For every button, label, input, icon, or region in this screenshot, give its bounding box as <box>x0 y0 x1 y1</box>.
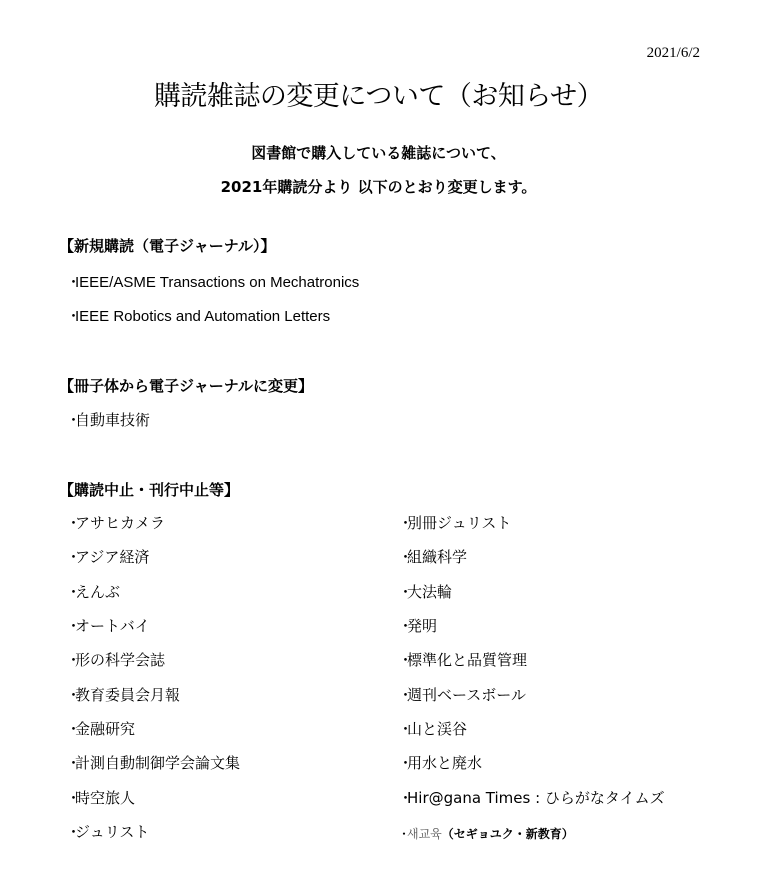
section-header-discontinued: 【購読中止・刊行中止等】 <box>59 480 239 500</box>
bullet: ・ <box>398 719 407 739</box>
list-item: ・別冊ジュリスト <box>398 513 511 533</box>
bullet: ・ <box>66 719 75 739</box>
list-item: ・用水と廃水 <box>398 753 482 773</box>
bullet: ・ <box>398 616 407 636</box>
bullet: ・ <box>398 788 407 808</box>
item-label: IEEE/ASME Transactions on Mechatronics <box>75 274 359 291</box>
bullet: ・ <box>398 753 407 773</box>
list-item: ・形の科学会誌 <box>66 650 165 670</box>
item-label: 計測自動制御学会論文集 <box>75 754 240 772</box>
item-label: オートバイ <box>75 617 150 635</box>
bullet: ・ <box>66 753 75 773</box>
list-item: ・計測自動制御学会論文集 <box>66 753 240 773</box>
item-label: 形の科学会誌 <box>75 651 165 669</box>
intro-line-2: 2021年購読分より 以下のとおり変更します。 <box>0 177 757 197</box>
list-item: ・発明 <box>398 616 437 636</box>
list-item: ・アサヒカメラ <box>66 513 165 533</box>
list-item: ・새교육（セギョユク・新教育） <box>398 824 574 844</box>
list-item: ・IEEE Robotics and Automation Letters <box>66 307 330 327</box>
bullet: ・ <box>66 616 75 636</box>
item-label: ジュリスト <box>75 823 149 841</box>
bullet: ・ <box>66 685 75 705</box>
page-title: 購読雑誌の変更について（お知らせ） <box>0 79 757 115</box>
bullet: ・ <box>66 513 75 533</box>
bullet: ・ <box>398 685 407 705</box>
item-label: アサヒカメラ <box>75 514 165 532</box>
item-label: 時空旅人 <box>75 789 135 807</box>
list-item: ・金融研究 <box>66 719 135 739</box>
list-item: ・IEEE/ASME Transactions on Mechatronics <box>66 273 359 293</box>
item-label: 標準化と品質管理 <box>407 651 527 669</box>
item-label: 教育委員会月報 <box>75 686 180 704</box>
bullet: ・ <box>66 547 75 567</box>
list-item: ・大法輪 <box>398 582 452 602</box>
item-label: 用水と廃水 <box>407 754 482 772</box>
section-header-new-subscriptions: 【新規購読（電子ジャーナル）】 <box>59 236 275 256</box>
bullet: ・ <box>66 410 75 430</box>
list-item: ・Hir@gana Times : ひらがなタイムズ <box>398 788 665 808</box>
list-item: ・標準化と品質管理 <box>398 650 527 670</box>
item-label: 山と渓谷 <box>407 720 467 738</box>
item-label: IEEE Robotics and Automation Letters <box>75 308 330 325</box>
list-item: ・えんぶ <box>66 582 120 602</box>
item-label: アジア経済 <box>75 548 149 566</box>
item-label-korean: 새교육 <box>407 827 442 841</box>
bullet: ・ <box>398 547 407 567</box>
list-item: ・週刊ベースボール <box>398 685 526 705</box>
item-label: 大法輪 <box>407 583 452 601</box>
intro-line-1: 図書館で購入している雑誌について、 <box>0 143 757 163</box>
bullet: ・ <box>398 824 407 844</box>
item-label: 自動車技術 <box>75 411 150 429</box>
item-label: 発明 <box>407 617 437 635</box>
bullet: ・ <box>66 307 75 327</box>
item-label: 組織科学 <box>407 548 467 566</box>
bullet: ・ <box>66 822 75 842</box>
item-label-reading: （セギョユク・新教育） <box>442 827 574 841</box>
item-label: Hir@gana Times : ひらがなタイムズ <box>407 789 665 807</box>
bullet: ・ <box>66 582 75 602</box>
bullet: ・ <box>398 513 407 533</box>
bullet: ・ <box>66 273 75 293</box>
list-item: ・オートバイ <box>66 616 150 636</box>
list-item: ・山と渓谷 <box>398 719 467 739</box>
list-item: ・ジュリスト <box>66 822 149 842</box>
list-item: ・時空旅人 <box>66 788 135 808</box>
bullet: ・ <box>398 650 407 670</box>
section-header-print-to-electronic: 【冊子体から電子ジャーナルに変更】 <box>59 376 313 396</box>
list-item: ・アジア経済 <box>66 547 149 567</box>
list-item: ・教育委員会月報 <box>66 685 180 705</box>
list-item: ・自動車技術 <box>66 410 150 430</box>
list-item: ・組織科学 <box>398 547 467 567</box>
bullet: ・ <box>398 582 407 602</box>
item-label: 金融研究 <box>75 720 135 738</box>
bullet: ・ <box>66 650 75 670</box>
item-label: 週刊ベースボール <box>407 686 526 704</box>
bullet: ・ <box>66 788 75 808</box>
date: 2021/6/2 <box>647 44 700 62</box>
item-label: えんぶ <box>75 583 120 601</box>
item-label: 別冊ジュリスト <box>407 514 511 532</box>
